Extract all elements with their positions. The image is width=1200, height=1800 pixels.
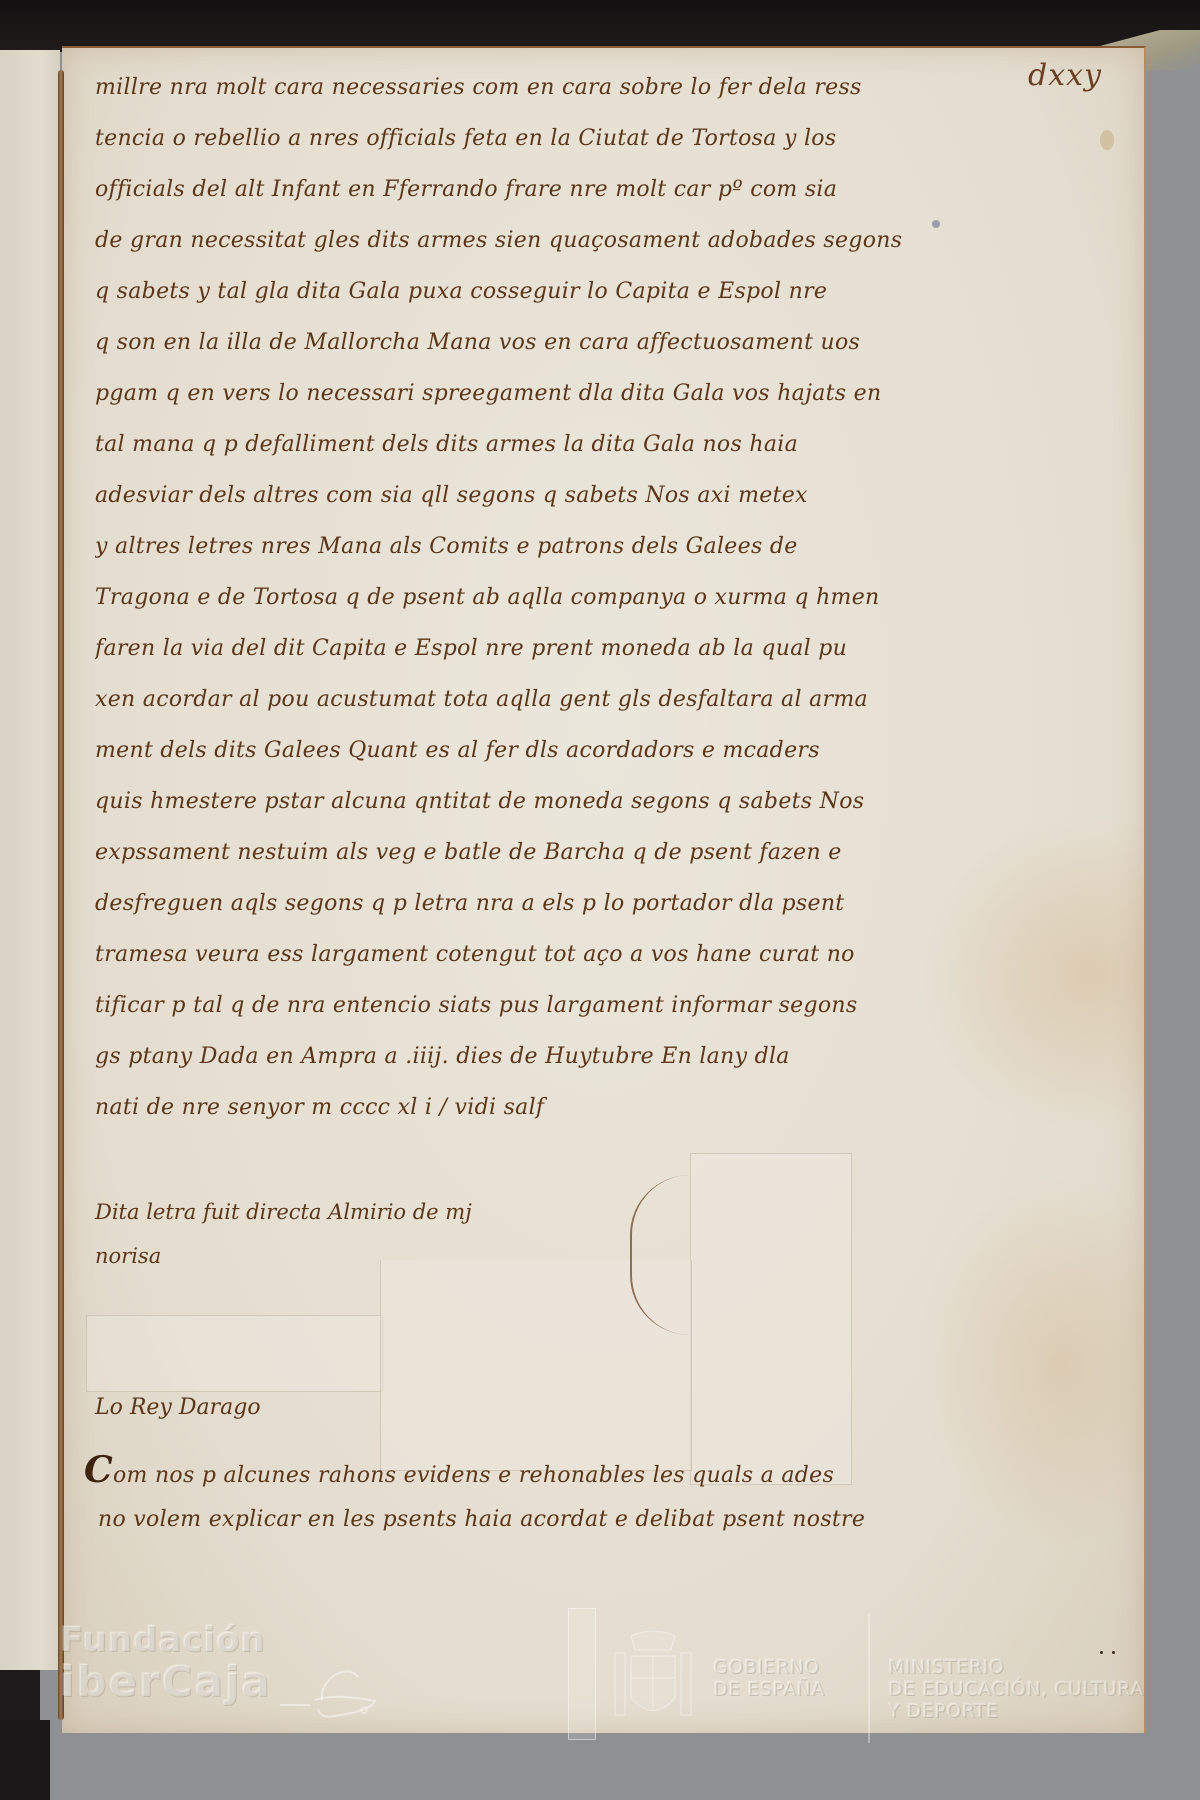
registry-note-line: Dita letra fuit directa Almirio de mj xyxy=(95,1190,595,1234)
manuscript-line: q sabets y tal gla dita Gala puxa cosseg… xyxy=(95,266,1045,317)
manuscript-line-text: om nos p alcunes rahons evidens e rehona… xyxy=(113,1463,834,1488)
scanner-frame-bottom-left xyxy=(0,1720,50,1800)
watermark-text: MINISTERIO xyxy=(888,1656,1144,1678)
manuscript-line: Tragona e de Tortosa q de psent ab aqlla… xyxy=(95,572,1045,623)
paper-repair-patch xyxy=(86,1315,383,1392)
letter-2-body: Com nos p alcunes rahons evidens e rehon… xyxy=(84,1445,1044,1545)
scanner-frame-top xyxy=(0,0,1200,52)
gobierno-label: GOBIERNO DE ESPAÑA xyxy=(713,1656,825,1700)
letter-2-heading: Lo Rey Darago xyxy=(95,1395,261,1420)
registry-note-line: norisa xyxy=(95,1234,595,1278)
watermark-text: DE ESPAÑA xyxy=(713,1678,825,1700)
paper-repair-patch xyxy=(690,1153,852,1485)
manuscript-line: q son en la illa de Mallorcha Mana vos e… xyxy=(95,317,1045,368)
ibercaja-logo-icon xyxy=(280,1665,380,1725)
manuscript-line: Com nos p alcunes rahons evidens e rehon… xyxy=(84,1445,1044,1495)
manuscript-line: xen acordar al pou acustumat tota aqlla … xyxy=(95,674,1045,725)
drop-cap: C xyxy=(84,1449,113,1491)
manuscript-line: nati de nre senyor m cccc xl i / vidi sa… xyxy=(95,1082,1045,1133)
manuscript-line: quis hmestere pstar alcuna qntitat de mo… xyxy=(95,776,1045,827)
watermark-divider xyxy=(868,1613,870,1743)
manuscript-line: tificar p tal q de nra entencio siats pu… xyxy=(95,980,1045,1031)
binding-gutter xyxy=(58,70,64,1720)
watermark-text: GOBIERNO xyxy=(713,1656,825,1678)
ink-speck xyxy=(932,220,940,228)
ministerio-label: MINISTERIO DE EDUCACIÓN, CULTURA Y DEPOR… xyxy=(888,1656,1144,1722)
manuscript-line: tencia o rebellio a nres officials feta … xyxy=(95,113,1045,164)
ink-speck xyxy=(1100,130,1114,150)
manuscript-line: tramesa veura ess largament cotengut tot… xyxy=(95,929,1045,980)
watermark-text: iberCaja xyxy=(60,1660,272,1704)
manuscript-line: officials del alt Infant en Fferrando fr… xyxy=(95,164,1045,215)
manuscript-line: adesviar dels altres com sia qll segons … xyxy=(95,470,1045,521)
manuscript-line: de gran necessitat gles dits armes sien … xyxy=(95,215,1045,266)
manuscript-line: millre nra molt cara necessaries com en … xyxy=(95,62,1045,113)
manuscript-line: y altres letres nres Mana als Comits e p… xyxy=(95,521,1045,572)
manuscript-line: desfreguen aqls segons q p letra nra a e… xyxy=(95,878,1045,929)
manuscript-line: gs ptany Dada en Ampra a .iiij. dies de … xyxy=(95,1031,1045,1082)
manuscript-line: faren la via del dit Capita e Espol nre … xyxy=(95,623,1045,674)
facing-page-edge xyxy=(0,50,60,1670)
spain-flag-bar-icon xyxy=(568,1608,596,1740)
manuscript-line: pgam q en vers lo necessari spreegament … xyxy=(95,368,1045,419)
gobierno-espana-watermark: GOBIERNO DE ESPAÑA MINISTERIO DE EDUCACI… xyxy=(568,1608,1128,1748)
manuscript-line: tal mana q p defalliment dels dits armes… xyxy=(95,419,1045,470)
manuscript-line: no volem explicar en les psents haia aco… xyxy=(84,1495,1044,1545)
registry-note: Dita letra fuit directa Almirio de mj no… xyxy=(95,1190,595,1278)
manuscript-line: expssament nestuim als veg e batle de Ba… xyxy=(95,827,1045,878)
spain-coat-of-arms-icon xyxy=(613,1628,693,1723)
watermark-text: DE EDUCACIÓN, CULTURA xyxy=(888,1678,1144,1700)
fundacion-ibercaja-watermark: Fundación iberCaja xyxy=(60,1620,272,1704)
watermark-text: Y DEPORTE xyxy=(888,1700,1144,1722)
watermark-text: Fundación xyxy=(60,1620,272,1660)
manuscript-line: ment dels dits Galees Quant es al fer dl… xyxy=(95,725,1045,776)
letter-1-body: millre nra molt cara necessaries com en … xyxy=(95,62,1045,1133)
